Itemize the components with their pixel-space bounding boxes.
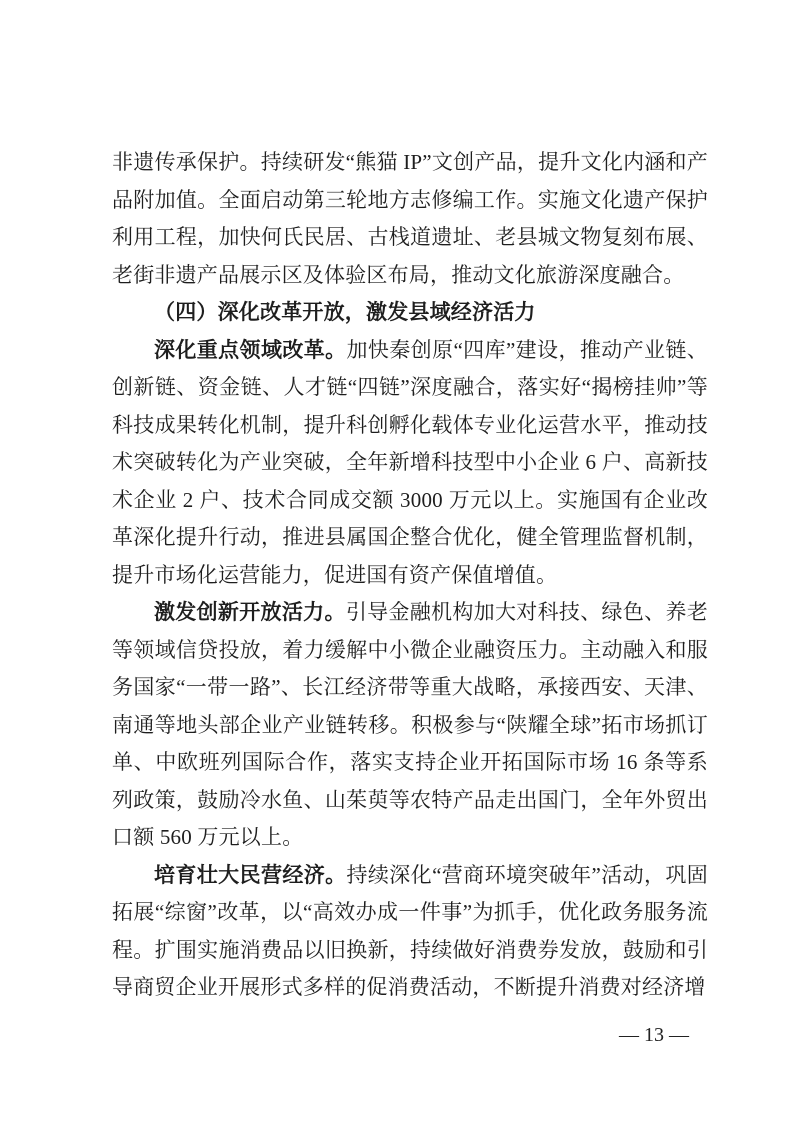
paragraph-innovation-opening: 激发创新开放活力。引导金融机构加大对科技、绿色、养老等领域信贷投放，着力缓解中小…	[112, 594, 708, 857]
paragraph-lead: 激发创新开放活力。	[154, 600, 346, 624]
paragraph-private-economy: 培育壮大民营经济。持续深化“营商环境突破年”活动，巩固拓展“综窗”改革，以“高效…	[112, 857, 708, 1007]
page-number: — 13 —	[589, 1022, 719, 1048]
paragraph-culture-heritage: 非遗传承保护。持续研发“熊猫 IP”文创产品，提升文化内涵和产品附加值。全面启动…	[112, 144, 708, 294]
section-heading-4: （四）深化改革开放，激发县域经济活力	[112, 294, 708, 332]
paragraph-lead: 深化重点领域改革。	[154, 338, 347, 362]
paragraph-key-reforms: 深化重点领域改革。加快秦创原“四库”建设，推动产业链、创新链、资金链、人才链“四…	[112, 332, 708, 595]
paragraph-lead: 培育壮大民营经济。	[154, 863, 347, 887]
document-body: 非遗传承保护。持续研发“熊猫 IP”文创产品，提升文化内涵和产品附加值。全面启动…	[112, 144, 708, 1007]
document-page: 非遗传承保护。持续研发“熊猫 IP”文创产品，提升文化内涵和产品附加值。全面启动…	[0, 0, 793, 1122]
